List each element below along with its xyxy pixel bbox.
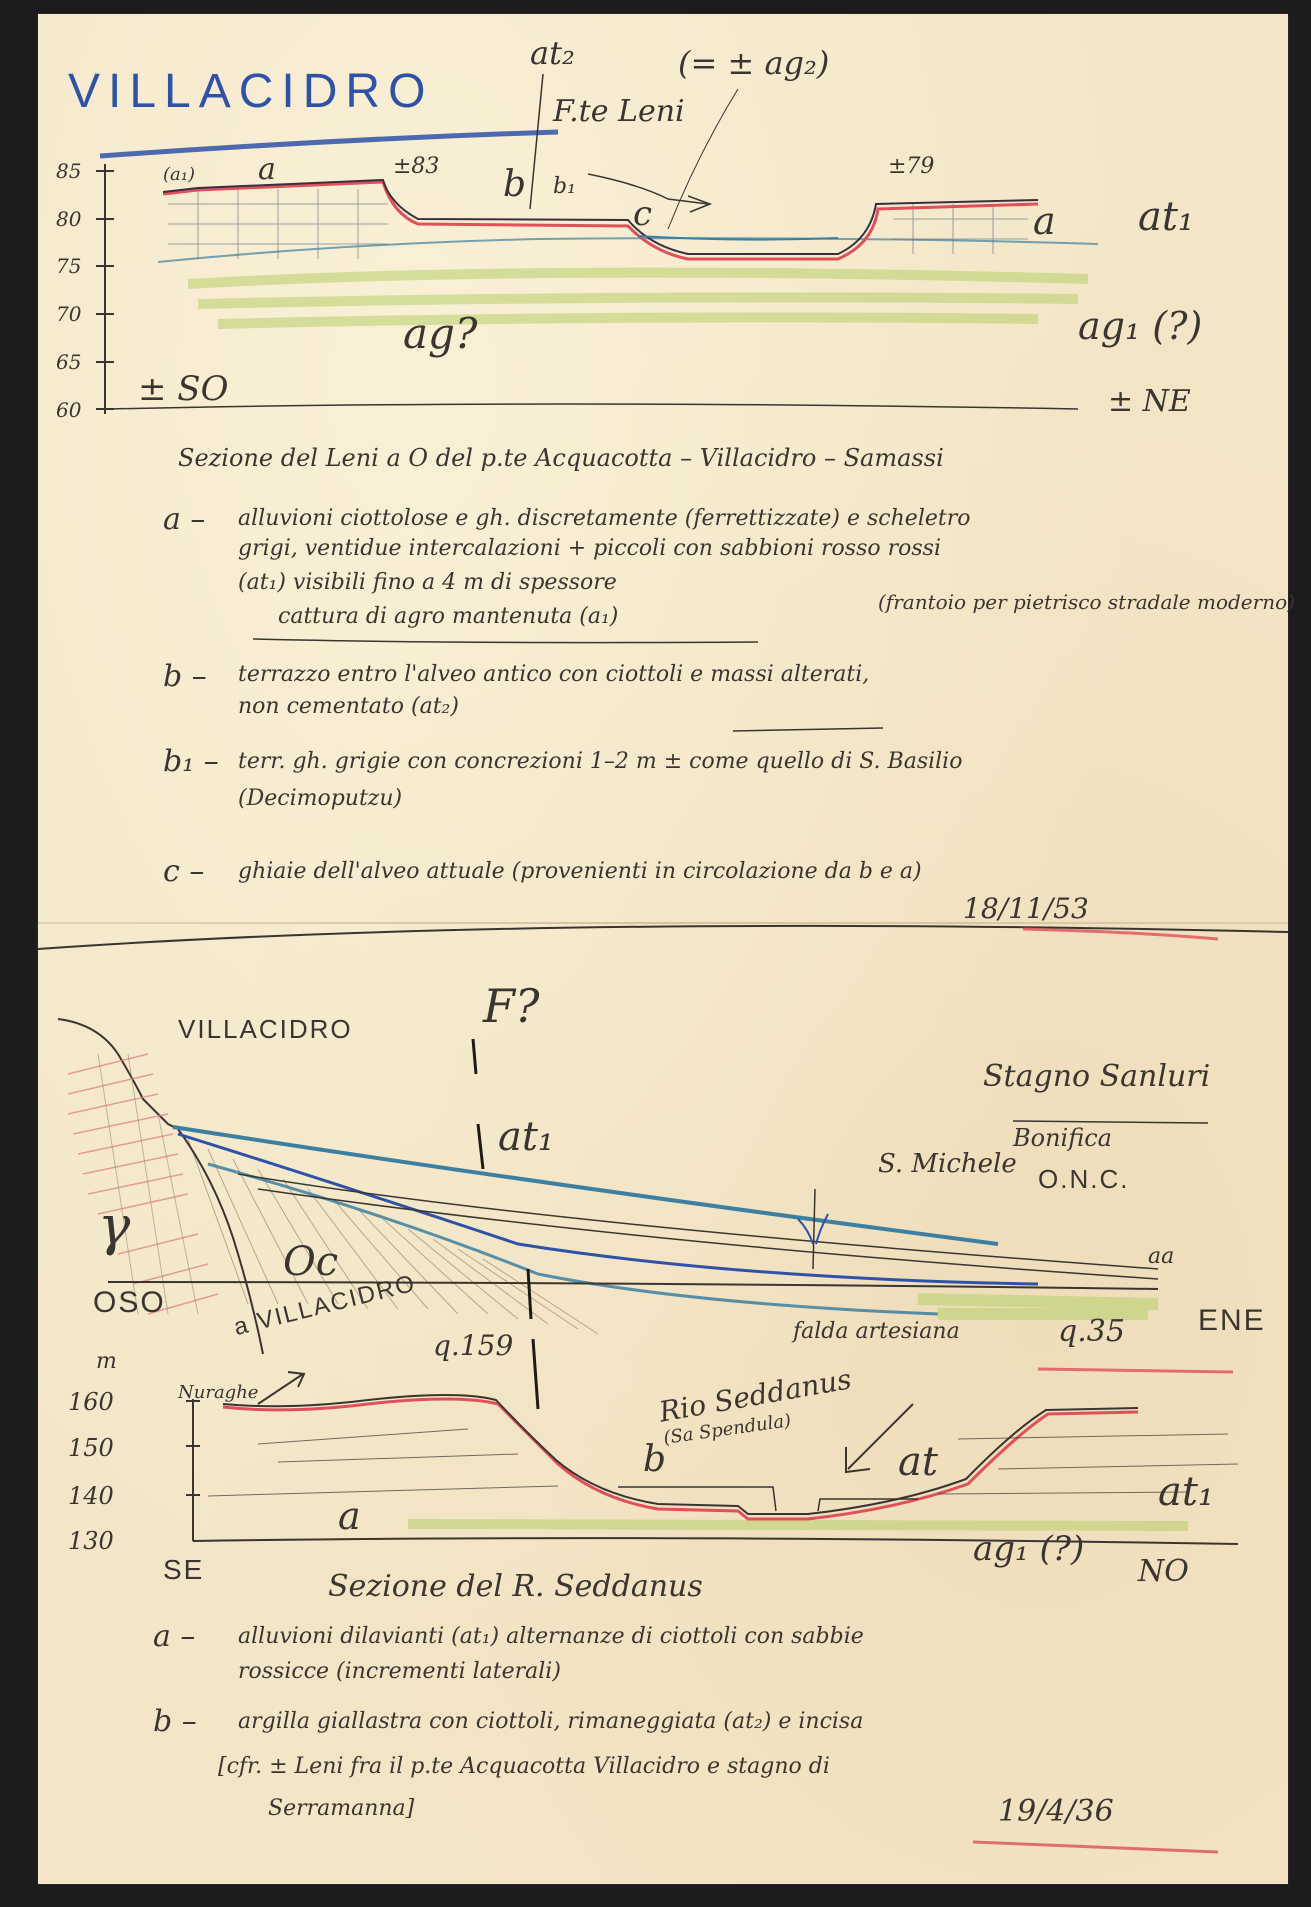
axis-tick: 130 [68, 1527, 114, 1555]
label-nuraghe: Nuraghe [178, 1382, 258, 1403]
label-q159: q.159 [433, 1329, 513, 1362]
lower-caption: Sezione del R. Seddanus [328, 1569, 703, 1604]
legend-line: grigi, ventidue intercalazioni + piccoli… [238, 536, 941, 561]
upper-date: 18/11/53 [963, 892, 1089, 925]
label-a-right: a [1033, 199, 1056, 243]
legend-line: (at₁) visibili fino a 4 m di spessore [238, 570, 617, 595]
axis-tick: 60 [56, 398, 81, 422]
legend-key: a – [153, 1619, 195, 1654]
label-s-michele: S. Michele [878, 1149, 1017, 1179]
legend-key: b₁ – [163, 744, 219, 779]
lower-date: 19/4/36 [998, 1794, 1114, 1829]
label-fault-question: F? [483, 979, 540, 1033]
label-oc: Oc [283, 1239, 338, 1285]
label-c: c [633, 194, 652, 234]
label-gamma-granite: γ [98, 1194, 130, 1257]
label-section-b: b [643, 1439, 666, 1480]
axis-tick: 65 [56, 350, 81, 374]
label-river-leni: F.te Leni [553, 94, 685, 129]
legend-line: (Decimoputzu) [238, 786, 402, 811]
axis-tick: 150 [68, 1434, 114, 1462]
legend-line: Serramanna] [268, 1796, 414, 1821]
legend-key: b – [163, 659, 207, 694]
axis-tick: 160 [68, 1388, 114, 1416]
label-direction-ne: ± NE [1108, 384, 1191, 419]
legend-line: [cfr. ± Leni fra il p.te Acquacotta Vill… [218, 1754, 830, 1779]
legend-key: b – [153, 1704, 197, 1739]
page-title: VILLACIDRO [68, 64, 433, 119]
label-at2: at₂ [530, 34, 575, 72]
label-q35: q.35 [1058, 1314, 1125, 1349]
label-a1: (a₁) [163, 164, 195, 185]
label-direction-no: NO [1138, 1554, 1189, 1589]
label-aa: aa [1148, 1244, 1174, 1269]
label-direction-ene: ENE [1198, 1304, 1266, 1338]
label-direction-se: SE [163, 1554, 204, 1586]
axis-tick: 85 [56, 159, 81, 183]
legend-note: (frantoio per pietrisco stradale moderno… [878, 590, 1295, 614]
label-b1: b₁ [553, 174, 576, 199]
axis-tick: 75 [56, 254, 81, 278]
label-at1-profile: at₁ [498, 1114, 554, 1160]
label-elev-79: ±79 [888, 154, 934, 179]
section-unit: m [96, 1349, 117, 1374]
legend-line: alluvioni dilavianti (at₁) alternanze di… [238, 1624, 864, 1649]
notebook-page: VILLACIDRO at₂ (= ± ag₂) F.te Leni 85 80… [38, 14, 1288, 1884]
label-direction-so: ± SO [138, 369, 228, 409]
label-falda-artesiana: falda artesiana [793, 1319, 960, 1344]
label-b: b [503, 164, 526, 205]
legend-line: terr. gh. grigie con concrezioni 1–2 m ±… [238, 749, 962, 774]
legend-line: cattura di agro mantenuta (a₁) [278, 604, 618, 629]
label-section-at1: at₁ [1158, 1469, 1214, 1515]
label-ag1-question: ag₁ (?) [1078, 304, 1202, 348]
label-equivalence: (= ± ag₂) [678, 44, 829, 82]
axis-tick: 70 [56, 302, 81, 326]
label-at1: at₁ [1138, 194, 1194, 240]
axis-tick: 140 [68, 1482, 114, 1510]
label-elev-83: ±83 [393, 154, 439, 179]
label-ag-question: ag? [403, 309, 477, 358]
legend-line: non cementato (at₂) [238, 694, 459, 719]
label-onc: O.N.C. [1038, 1164, 1129, 1195]
legend-line: alluvioni ciottolose e gh. discretamente… [238, 506, 970, 531]
legend-key: c – [163, 854, 204, 889]
page-fold [38, 922, 1288, 924]
legend-line: argilla giallastra con ciottoli, rimaneg… [238, 1709, 863, 1734]
label-section-a: a [338, 1494, 361, 1538]
label-a-left: a [258, 152, 276, 187]
upper-caption: Sezione del Leni a O del p.te Acquacotta… [178, 444, 944, 472]
axis-tick: 80 [56, 207, 81, 231]
label-section-at: at [898, 1439, 938, 1485]
label-bonifica: Bonifica [1013, 1124, 1112, 1152]
legend-line: rossicce (incrementi laterali) [238, 1659, 561, 1684]
label-stagno-sanluri: Stagno Sanluri [983, 1059, 1210, 1094]
label-town-villacidro: VILLACIDRO [178, 1014, 353, 1045]
label-direction-oso: OSO [93, 1286, 166, 1320]
label-section-ag1: ag₁ (?) [973, 1529, 1084, 1569]
legend-line: terrazzo entro l'alveo antico con ciotto… [238, 662, 869, 687]
legend-line: ghiaie dell'alveo attuale (provenienti i… [238, 859, 922, 884]
legend-key: a – [163, 502, 205, 537]
